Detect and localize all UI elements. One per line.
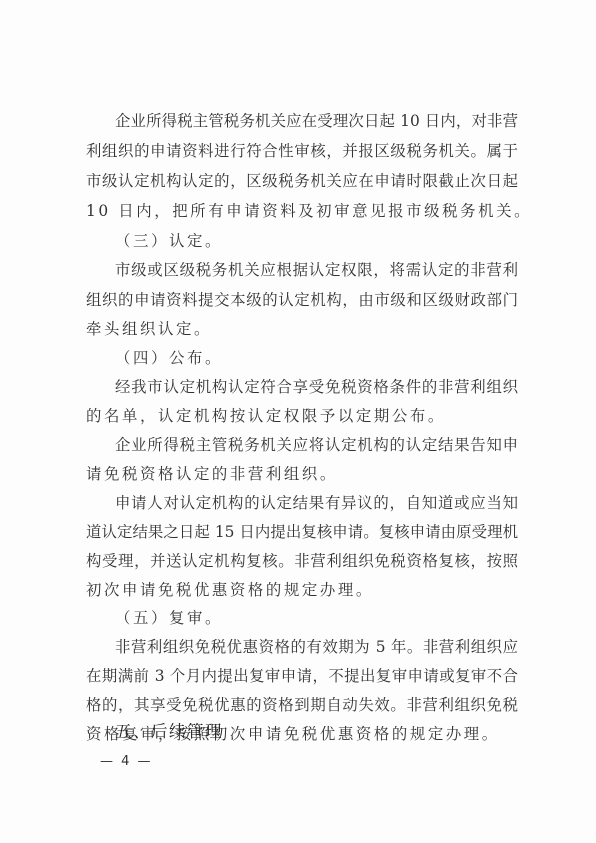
subsection-heading: （三）认定。 — [115, 230, 518, 252]
document-page: 企业所得税主管税务机关应在受理次日起 10 日内，对非营 利组织的申请资料进行符… — [0, 0, 596, 843]
paragraph-line: 格的，其享受免税优惠的资格到期自动失效。非营利组织免税 — [86, 694, 518, 716]
paragraph-line: 构受理，并送认定机构复核。非营利组织免税资格复核，按照 — [86, 550, 518, 572]
paragraph-line: 利组织的申请资料进行符合性审核，并报区级税务机关。属于 — [86, 140, 518, 162]
paragraph-line: 请免税资格认定的非营利组织。 — [86, 463, 518, 485]
paragraph-line: 企业所得税主管税务机关应将认定机构的认定结果告知申 — [115, 434, 518, 456]
paragraph-line: 非营利组织免税优惠资格的有效期为 5 年。非营利组织应 — [115, 636, 518, 658]
paragraph-line: 的名单，认定机构按认定权限予以定期公布。 — [86, 405, 518, 427]
paragraph-line: 企业所得税主管税务机关应在受理次日起 10 日内，对非营 — [115, 110, 518, 132]
paragraph-line: 10 日内，把所有申请资料及初审意见报市级税务机关。 — [86, 200, 518, 222]
subsection-heading: （五）复审。 — [115, 607, 518, 629]
paragraph-line: 道认定结果之日起 15 日内提出复核申请。复核申请由原受理机 — [86, 521, 518, 543]
paragraph-line: 市级认定机构认定的，区级税务机关应在申请时限截止次日起 — [86, 170, 518, 192]
subsection-heading: （四）公布。 — [115, 347, 518, 369]
paragraph-line: 组织的申请资料提交本级的认定机构，由市级和区级财政部门 — [86, 289, 518, 311]
paragraph-line: 在期满前 3 个月内提出复审申请，不提出复审申请或复审不合 — [86, 665, 518, 687]
page-number: — 4 — — [100, 753, 153, 771]
paragraph-line: 经我市认定机构认定符合享受免税资格条件的非营利组织 — [115, 376, 518, 398]
paragraph-line: 牵头组织认定。 — [86, 318, 518, 340]
paragraph-line: 初次申请免税优惠资格的规定办理。 — [86, 579, 518, 601]
paragraph-line: 市级或区级税务机关应根据认定权限，将需认定的非营利 — [115, 259, 518, 281]
section-heading: 五、后续管理 — [115, 720, 223, 744]
paragraph-line: 申请人对认定机构的认定结果有异议的，自知道或应当知 — [115, 492, 518, 514]
